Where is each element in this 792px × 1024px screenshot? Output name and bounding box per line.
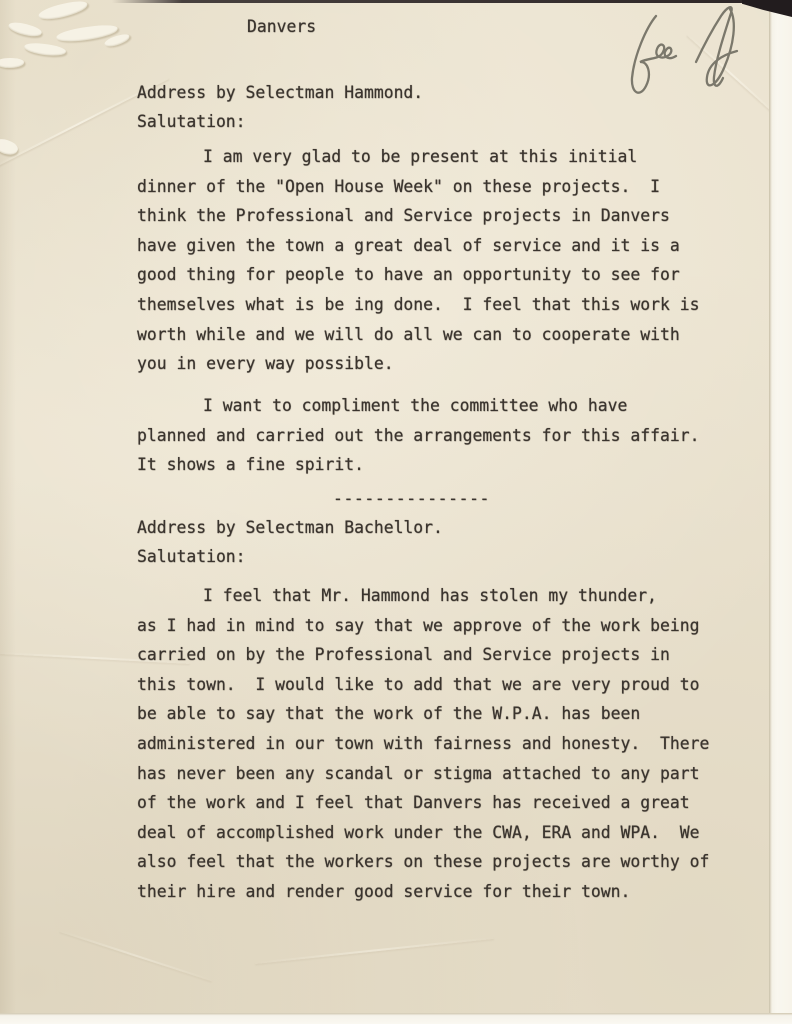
typed-line: of the work and I feel that Danvers has … <box>137 788 709 818</box>
typed-line: I want to compliment the committee who h… <box>137 391 699 421</box>
typed-heading: Danvers <box>247 12 316 42</box>
typed-line: be able to say that the work of the W.P.… <box>137 699 709 729</box>
paper-damage-flake <box>0 58 24 69</box>
paper-damage-flake <box>37 0 89 22</box>
typed-line: has never been any scandal or stigma att… <box>137 759 709 789</box>
address-line-bachellor: Address by Selectman Bachellor. <box>137 513 443 543</box>
typed-line: themselves what is be ing done. I feel t… <box>137 290 699 320</box>
scan-edge-top-dark-strip <box>112 0 792 3</box>
typed-line: worth while and we will do all we can to… <box>137 320 699 350</box>
paper-damage-flake <box>23 41 66 58</box>
address-line-hammond: Address by Selectman Hammond. <box>137 78 423 108</box>
handwritten-initials <box>610 0 760 105</box>
typed-line: good thing for people to have an opportu… <box>137 260 699 290</box>
typed-line: their hire and render good service for t… <box>137 877 709 907</box>
typed-line: you in every way possible. <box>137 349 699 379</box>
bachellor-paragraph-1: I feel that Mr. Hammond has stolen my th… <box>137 581 709 907</box>
typed-line: I am very glad to be present at this ini… <box>137 142 699 172</box>
typed-line: this town. I would like to add that we a… <box>137 670 709 700</box>
divider-line: --------------- <box>333 484 490 514</box>
typed-line: dinner of the "Open House Week" on these… <box>137 172 699 202</box>
typed-line: think the Professional and Service proje… <box>137 201 699 231</box>
paper-damage-flake <box>7 20 43 40</box>
typed-line: as I had in mind to say that we approve … <box>137 611 709 641</box>
typed-line: also feel that the workers on these proj… <box>137 847 709 877</box>
typed-line: planned and carried out the arrangements… <box>137 421 699 451</box>
hammond-paragraph-2: I want to compliment the committee who h… <box>137 391 699 480</box>
salutation-line: Salutation: <box>137 107 246 137</box>
typed-line: administered in our town with fairness a… <box>137 729 709 759</box>
scan-edge-bottom-backing <box>0 1013 792 1024</box>
hammond-paragraph-1: I am very glad to be present at this ini… <box>137 142 699 379</box>
paper-crease <box>60 930 213 981</box>
scan-edge-right-backing <box>769 0 792 1024</box>
salutation-line: Salutation: <box>137 542 246 572</box>
typed-line: carried on by the Professional and Servi… <box>137 640 709 670</box>
typed-line: have given the town a great deal of serv… <box>137 231 699 261</box>
typed-line: It shows a fine spirit. <box>137 450 699 480</box>
typed-line: I feel that Mr. Hammond has stolen my th… <box>137 581 709 611</box>
typed-line: deal of accomplished work under the CWA,… <box>137 818 709 848</box>
paper-sheet: Danvers Address by Selectman Hammond. Sa… <box>0 0 792 1024</box>
paper-crease <box>255 937 494 964</box>
